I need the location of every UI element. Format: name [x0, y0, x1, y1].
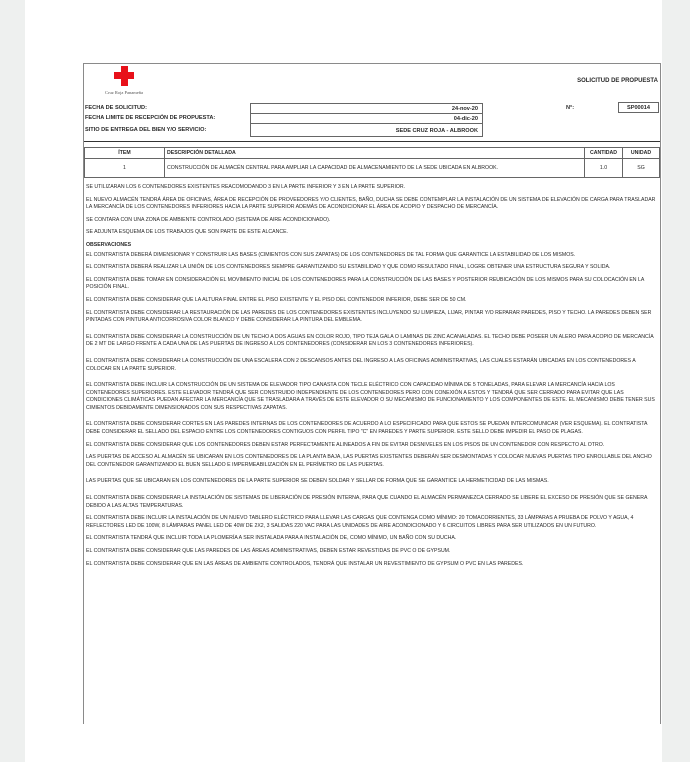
scope-paragraph: SE UTILIZARAN LOS 6 CONTENEDORES EXISTEN…	[86, 184, 658, 192]
column-header-description: DESCRIPCIÓN DETALLADA	[165, 148, 585, 159]
proposal-request-document: Cruz Roja Panameña SOLICITUD DE PROPUEST…	[83, 63, 661, 724]
delivery-site-row: SITIO DE ENTREGA DEL BIEN Y/O SERVICIO: …	[84, 123, 660, 137]
observation-item: EL CONTRATISTA DEBE INCLUIR LA INSTALACI…	[86, 515, 658, 530]
column-header-quantity: CANTIDAD	[585, 148, 623, 159]
observation-item: EL CONTRATISTA DEBERÁ REALIZAR LA UNIÓN …	[86, 264, 658, 272]
organization-logo: Cruz Roja Panameña	[84, 66, 164, 95]
page-sheet: Cruz Roja Panameña SOLICITUD DE PROPUEST…	[25, 0, 662, 762]
delivery-site-value: SEDE CRUZ ROJA - ALBROOK	[250, 123, 483, 137]
request-number-label: N°:	[566, 105, 574, 111]
observation-item: EL CONTRATISTA DEBE CONSIDERAR QUE LAS P…	[86, 548, 658, 556]
item-unit: SG	[623, 159, 660, 178]
document-header: Cruz Roja Panameña SOLICITUD DE PROPUEST…	[84, 64, 660, 103]
red-cross-icon	[114, 66, 134, 86]
delivery-site-label: SITIO DE ENTREGA DEL BIEN Y/O SERVICIO:	[85, 127, 206, 133]
header-divider	[84, 141, 660, 142]
deadline-value: 04-dic-20	[250, 113, 483, 123]
scope-and-observations: SE UTILIZARAN LOS 6 CONTENEDORES EXISTEN…	[84, 178, 660, 568]
deadline-row: FECHA LIMITE DE RECEPCIÓN DE PROPUESTA: …	[84, 113, 660, 123]
observation-item: EL CONTRATISTA DEBE CONSIDERAR QUE LOS C…	[86, 442, 658, 450]
observation-item: LAS PUERTAS DE ACCESO AL ALMACÉN SE UBIC…	[86, 454, 658, 469]
observation-item: EL CONTRATISTA DEBE CONSIDERAR LA RESTAU…	[86, 310, 658, 325]
request-date-label: FECHA DE SOLICITUD:	[85, 105, 147, 111]
column-header-item: ÍTEM	[85, 148, 165, 159]
request-date-row: FECHA DE SOLICITUD: 24-nov-20 N°: SP0001…	[84, 103, 660, 113]
item-number: 1	[85, 159, 165, 178]
column-header-unit: UNIDAD	[623, 148, 660, 159]
items-table: ÍTEM DESCRIPCIÓN DETALLADA CANTIDAD UNID…	[84, 147, 660, 178]
document-title: SOLICITUD DE PROPUESTA	[577, 78, 658, 84]
organization-name: Cruz Roja Panameña	[84, 90, 164, 95]
observations-heading: OBSERVACIONES	[86, 242, 658, 250]
observation-item: EL CONTRATISTA DEBE TOMAR EN CONSIDERACI…	[86, 277, 658, 292]
observation-item: EL CONTRATISTA DEBE CONSIDERAR LA INSTAL…	[86, 495, 658, 510]
observation-item: EL CONTRATISTA DEBE INCLUIR LA CONSTRUCC…	[86, 382, 658, 412]
item-description: CONSTRUCCIÓN DE ALMACÉN CENTRAL PARA AMP…	[165, 159, 585, 178]
observation-item: EL CONTRATISTA TENDRÁ QUE INCLUIR TODA L…	[86, 535, 658, 543]
scope-paragraph: EL NUEVO ALMACÉN TENDRÁ ÁREA DE OFICINAS…	[86, 197, 658, 212]
observation-item: EL CONTRATISTA DEBE CONSIDERAR LA CONSTR…	[86, 358, 658, 373]
request-date-value: 24-nov-20	[250, 103, 483, 113]
observation-item: EL CONTRATISTA DEBERÁ DIMENSIONAR Y CONS…	[86, 252, 658, 260]
table-row: 1 CONSTRUCCIÓN DE ALMACÉN CENTRAL PARA A…	[85, 159, 660, 178]
observation-item: EL CONTRATISTA DEBE CONSIDERAR CORTES EN…	[86, 421, 658, 436]
request-number-value: SP00014	[618, 102, 659, 113]
observation-item: EL CONTRATISTA DEBE CONSIDERAR QUE LA AL…	[86, 297, 658, 305]
items-table-header: ÍTEM DESCRIPCIÓN DETALLADA CANTIDAD UNID…	[85, 148, 660, 159]
scope-paragraph: SE CONTARA CON UNA ZONA DE AMBIENTE CONT…	[86, 217, 658, 225]
observation-item: EL CONTRATISTA DEBE CONSIDERAR LA CONSTR…	[86, 334, 658, 349]
observation-item: EL CONTRATISTA DEBE CONSIDERAR QUE EN LA…	[86, 561, 658, 569]
deadline-label: FECHA LIMITE DE RECEPCIÓN DE PROPUESTA:	[85, 115, 215, 121]
item-quantity: 1.0	[585, 159, 623, 178]
scope-paragraph: SE ADJUNTA ESQUEMA DE LOS TRABAJOS QUE S…	[86, 229, 658, 237]
observation-item: LAS PUERTAS QUE SE UBICARAN EN LOS CONTE…	[86, 478, 658, 486]
